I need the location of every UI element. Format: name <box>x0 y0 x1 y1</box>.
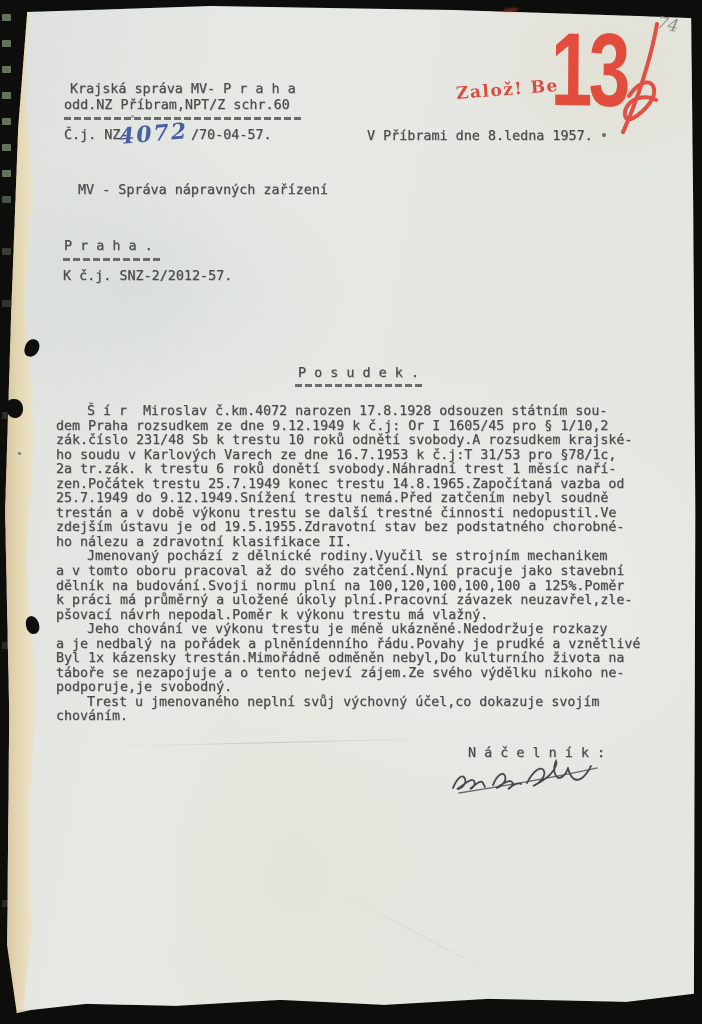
body-line: zdejším ústavu je od 19.5.1955.Zdravotní… <box>56 521 696 536</box>
body-line: chováním. <box>56 710 696 725</box>
body-line: 2a tr.zák. k trestu 6 roků donětí svobod… <box>56 463 696 478</box>
body-line: zák.číslo 231/48 Sb k trestu 10 roků odn… <box>56 434 696 449</box>
document-title: P o s u d e k . <box>298 366 419 382</box>
body-line: podporuje,je svobodný. <box>56 681 696 696</box>
paper-crease <box>334 889 511 984</box>
ink-speck <box>131 115 134 118</box>
recipient-city: P r a h a . <box>64 239 153 255</box>
ink-speck <box>602 133 606 137</box>
paper-hole <box>6 399 23 418</box>
reference-suffix: /70-04-57. <box>191 128 272 144</box>
film-sprocket-mark <box>2 14 11 21</box>
red-handwritten-suffix-mark <box>603 20 693 138</box>
body-line: Byl 1x kázensky trestán.Mimořádně odměně… <box>56 652 696 667</box>
dateline: V Příbrami dne 8.ledna 1957. <box>367 129 593 145</box>
body-line: Trest u jmenovaného neplní svůj výchovný… <box>56 696 696 711</box>
pencil-page-number: 74 <box>655 13 680 37</box>
body-line: dělník na budování.Svoji normu plní na 1… <box>56 580 696 595</box>
body-line: k práci má průměrný a uložené úkoly plní… <box>56 594 696 609</box>
body-line: dem Praha rozsudkem ze dne 9.12.1949 k č… <box>56 420 696 435</box>
body-line: a v tomto oboru pracoval až do svého zat… <box>56 565 696 580</box>
body-line: ho soudu v Karlových Varech ze dne 16.7.… <box>56 449 696 464</box>
film-sprocket-mark <box>2 92 11 99</box>
film-sprocket-mark <box>2 66 11 73</box>
body-line: 25.7.1949 do 9.12.1949.Snížení trestu ne… <box>56 492 696 507</box>
recipient-line-1: MV - Správa nápravných zařízení <box>78 183 328 199</box>
film-sprocket-mark <box>2 196 11 203</box>
sender-line-1: Krajská správa MV- P r a h a <box>70 82 296 98</box>
title-underline <box>295 384 423 387</box>
sender-line-2: odd.NZ Příbram,NPT/Z schr.60 <box>64 98 290 114</box>
film-sprocket-mark <box>2 248 11 255</box>
film-sprocket-mark <box>2 300 11 307</box>
recipient-reference: K č.j. SNZ-2/2012-57. <box>63 269 232 285</box>
body-line: Jmenovaný pochází z dělnické rodiny.Vyuč… <box>56 550 696 565</box>
film-sprocket-mark <box>2 40 11 47</box>
recipient-underline <box>63 258 163 261</box>
film-sprocket-mark <box>2 144 11 151</box>
film-sprocket-mark <box>2 170 11 177</box>
body-line: Š í r Miroslav č.km.4072 narozen 17.8.19… <box>56 405 696 420</box>
film-sprocket-mark <box>2 118 11 125</box>
paper-crease <box>113 738 443 747</box>
handwritten-signature <box>447 752 612 802</box>
body-line: Jeho chování ve výkonu trestu je méně uk… <box>56 623 696 638</box>
document-body: Š í r Miroslav č.km.4072 narozen 17.8.19… <box>56 405 696 725</box>
ink-speck <box>18 452 21 455</box>
